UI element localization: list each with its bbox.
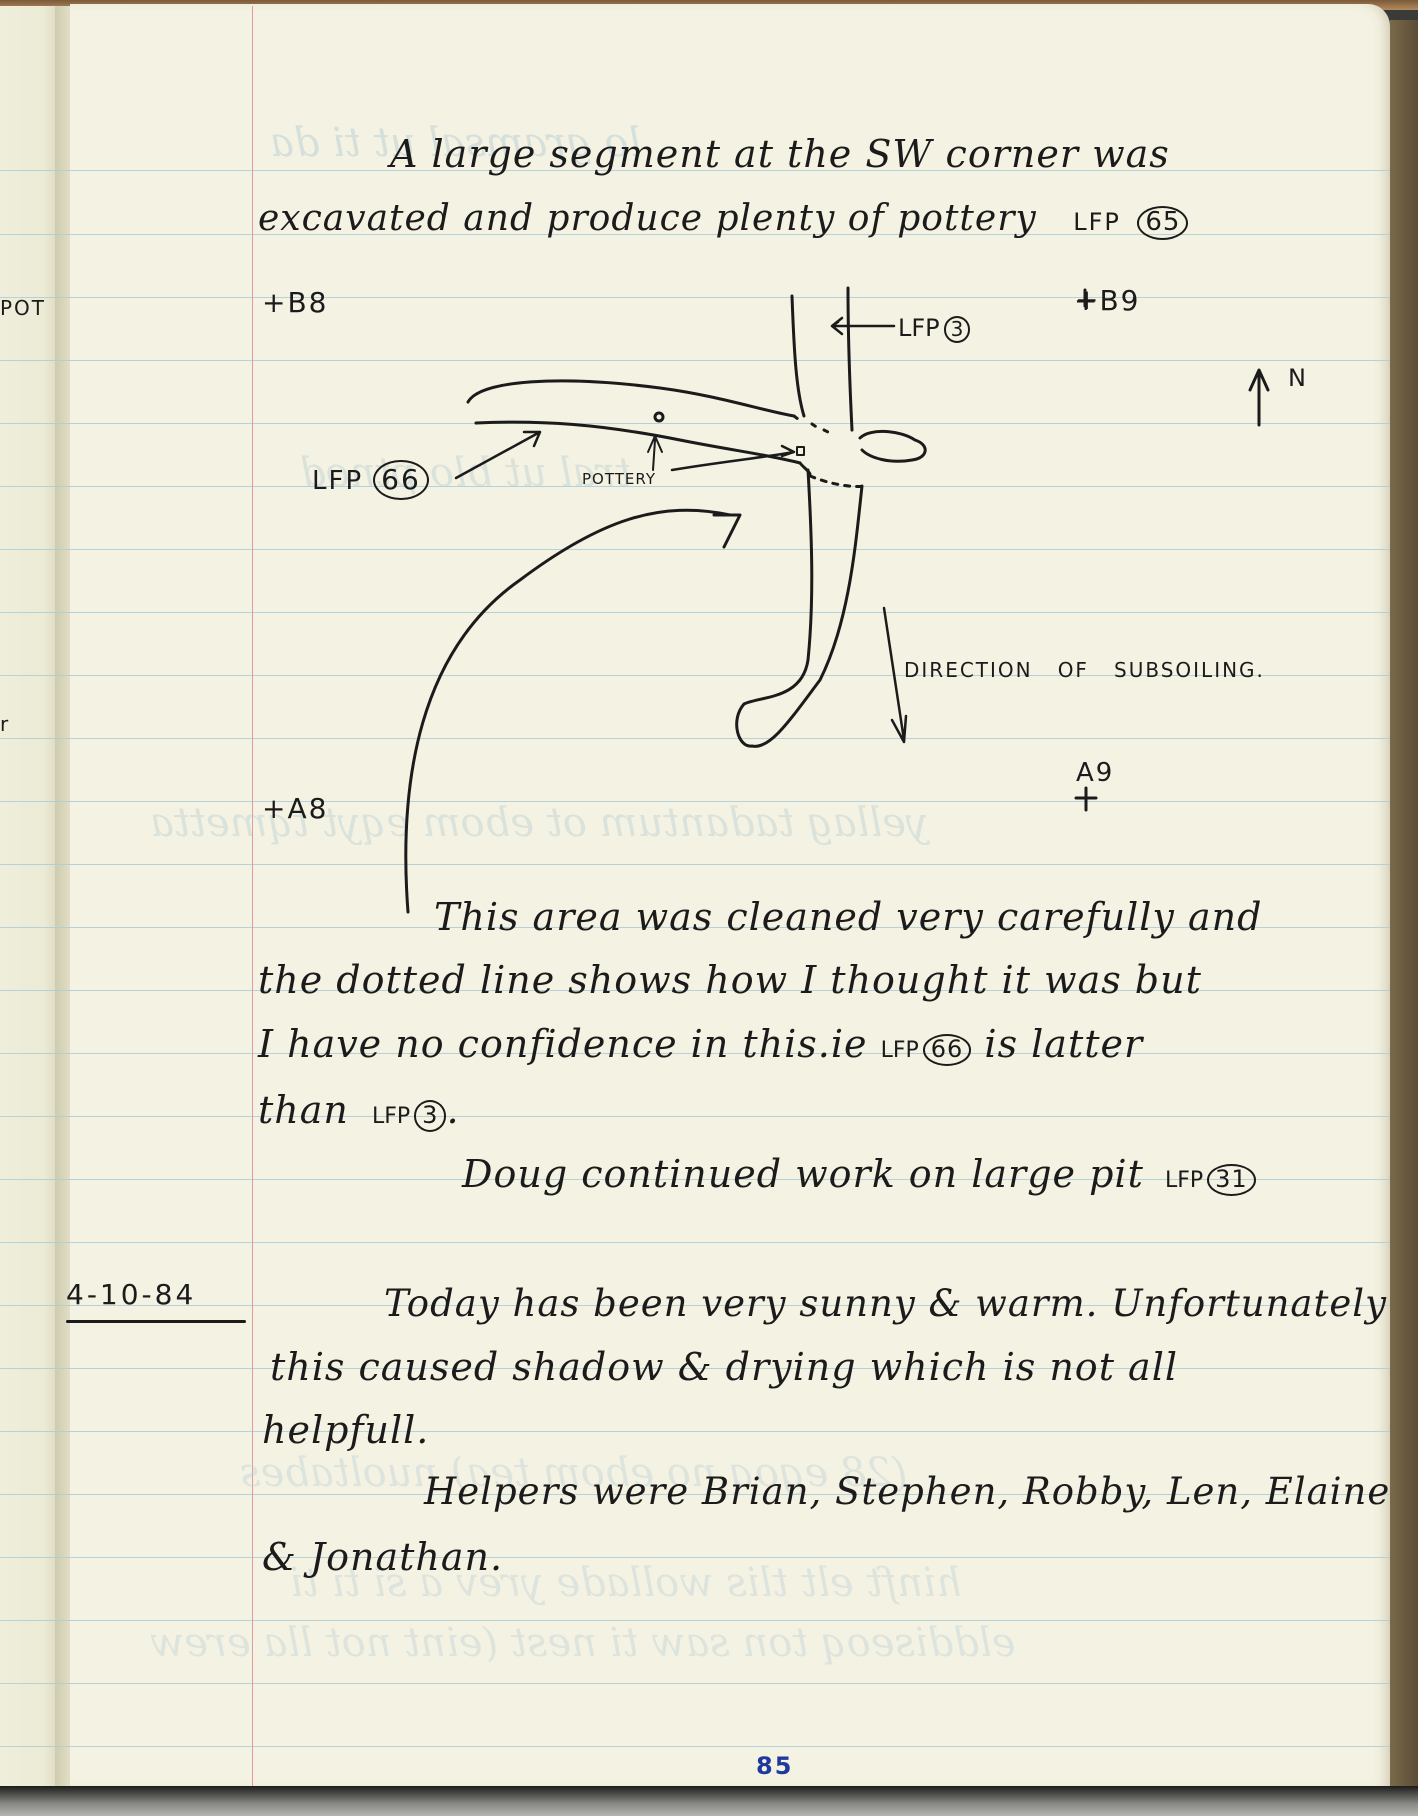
entry-line-3: helpfull. <box>262 1408 429 1452</box>
para1-line-4: than LFP3. <box>258 1088 460 1132</box>
book-bottom-shadow <box>0 1786 1418 1816</box>
para1-line-1: This area was cleaned very carefully and <box>434 895 1262 939</box>
entry-line-2: this caused shadow & drying which is not… <box>270 1345 1178 1389</box>
para1-line-3: I have no confidence in this.ie LFP66 is… <box>258 1022 1143 1066</box>
entry-line-5: & Jonathan. <box>262 1535 503 1579</box>
feature-number-3: 3 <box>414 1100 446 1132</box>
entry-line-4: Helpers were Brian, Stephen, Robby, Len,… <box>424 1470 1390 1513</box>
grid-cross-icon: + <box>1075 283 1100 316</box>
entry-date: 4-10-84 <box>66 1278 196 1311</box>
page-number: 85 <box>756 1752 793 1780</box>
para1-line-2: the dotted line shows how I thought it w… <box>258 958 1202 1002</box>
date-underline <box>66 1320 246 1323</box>
north-arrow-icon <box>1250 370 1268 425</box>
feature-number-66: 66 <box>923 1034 972 1066</box>
para2-line: Doug continued work on large pit LFP31 <box>462 1152 1256 1196</box>
feature-number-31: 31 <box>1207 1164 1256 1196</box>
entry-line-1: Today has been very sunny & warm. Unfort… <box>384 1282 1387 1325</box>
